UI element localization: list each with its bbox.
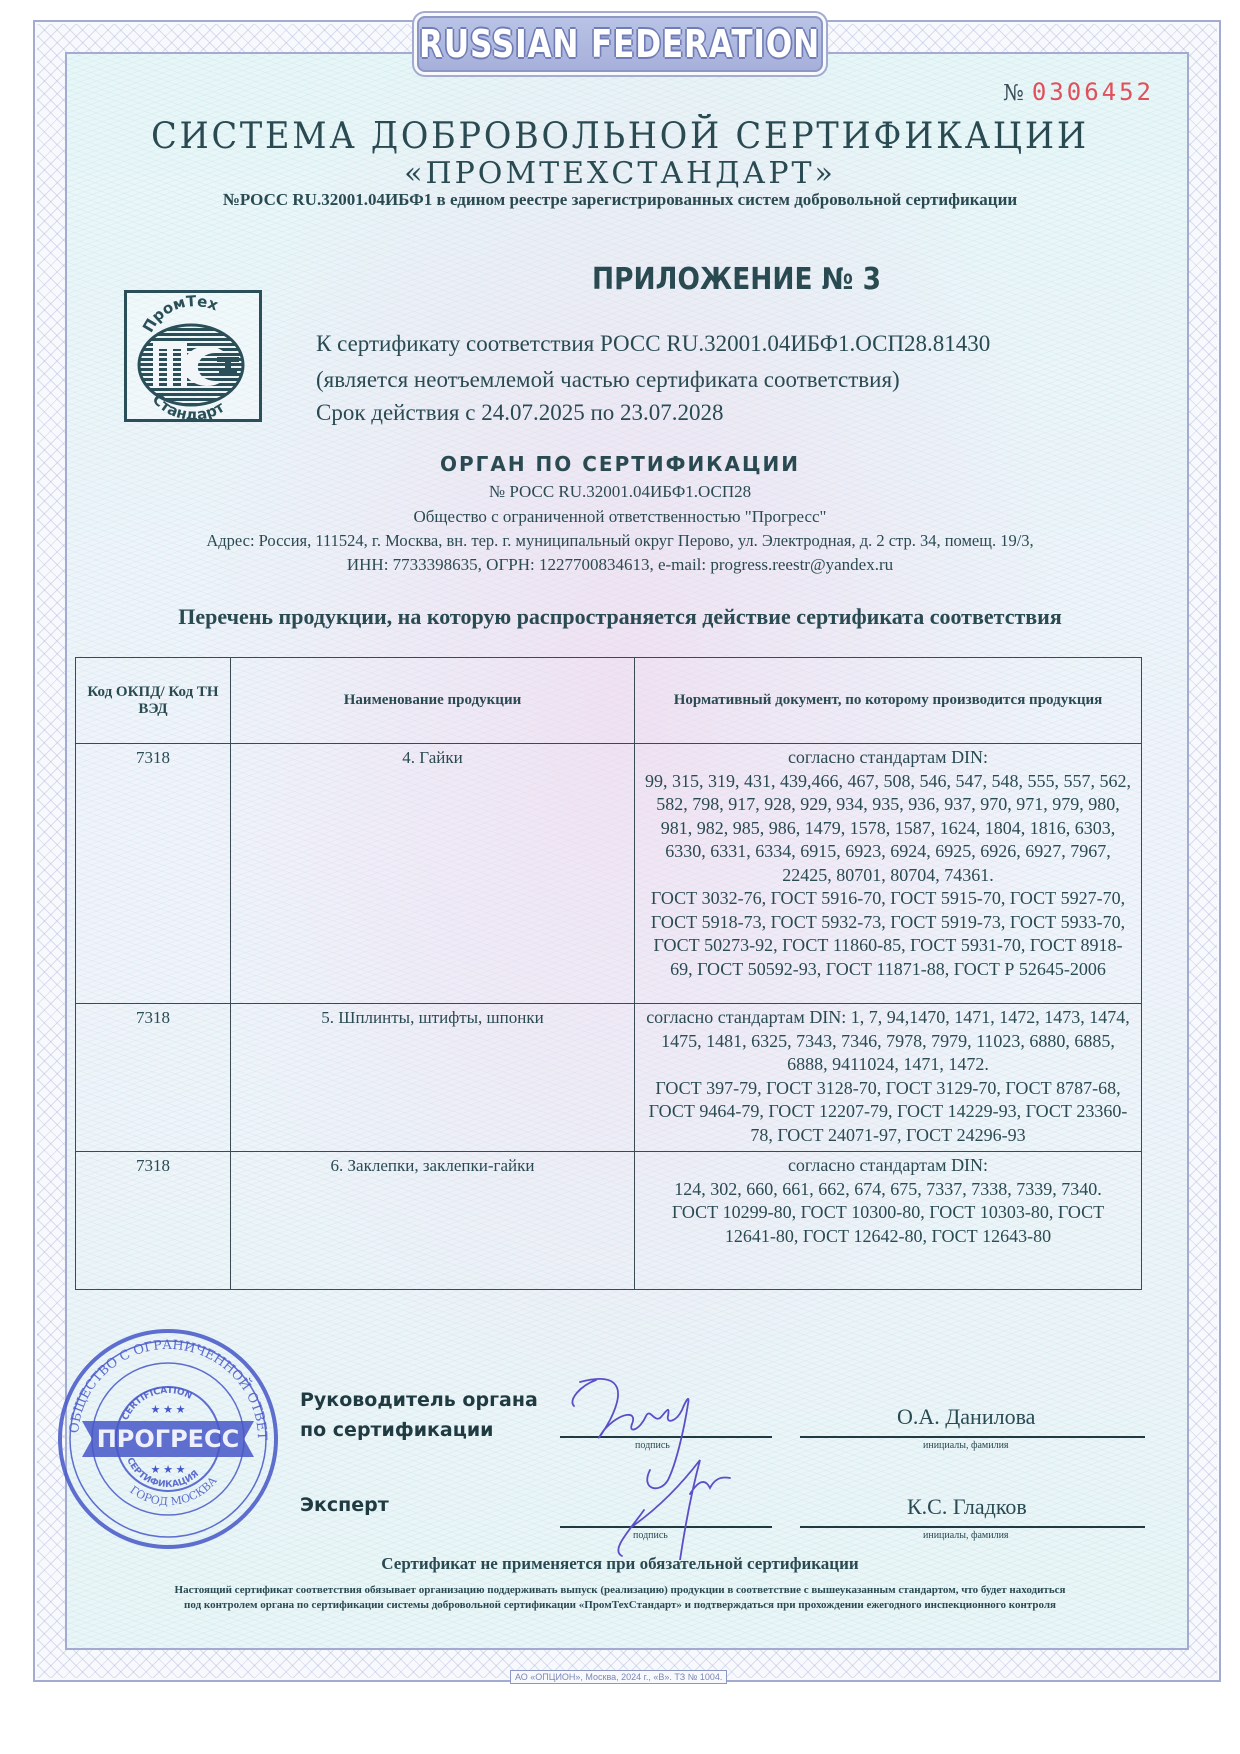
header-product-name: Наименование продукции <box>231 658 635 744</box>
product-name: 4. Гайки <box>231 744 635 1004</box>
expert-name: К.С. Гладков <box>907 1494 1027 1520</box>
normative-document: согласно стандартам DIN:99, 315, 319, 43… <box>635 744 1142 1004</box>
header-code: Код ОКПД/ Код ТН ВЭД <box>76 658 231 744</box>
head-name-line <box>800 1436 1145 1438</box>
appendix-title: ПРИЛОЖЕНИЕ № 3 <box>592 262 881 297</box>
product-code: 7318 <box>76 1004 231 1152</box>
svg-text:★ ★ ★: ★ ★ ★ <box>150 1404 185 1416</box>
normative-document: согласно стандартам DIN:124, 302, 660, 6… <box>635 1152 1142 1290</box>
product-code: 7318 <box>76 744 231 1004</box>
svg-text:★ ★ ★: ★ ★ ★ <box>150 1464 185 1476</box>
product-name: 5. Шплинты, штифты, шпонки <box>231 1004 635 1152</box>
validity-period: Срок действия с 24.07.2025 по 23.07.2028 <box>316 400 724 426</box>
inspection-note-line2: под контролем органа по сертификации сис… <box>100 1598 1140 1613</box>
head-role-label: Руководитель органа по сертификации <box>300 1385 538 1445</box>
table-row: 73185. Шплинты, штифты, шпонкисогласно с… <box>76 1004 1142 1152</box>
table-header-row: Код ОКПД/ Код ТН ВЭД Наименование продук… <box>76 658 1142 744</box>
expert-name-caption: инициалы, фамилия <box>923 1530 1009 1541</box>
expert-name-line <box>800 1526 1145 1528</box>
product-table: Код ОКПД/ Код ТН ВЭД Наименование продук… <box>75 657 1142 1290</box>
product-code: 7318 <box>76 1152 231 1290</box>
table-row: 73184. Гайкисогласно стандартам DIN:99, … <box>76 744 1142 1004</box>
not-mandatory-note: Сертификат не применяется при обязательн… <box>0 1554 1240 1574</box>
serial-value: 0306452 <box>1032 78 1154 106</box>
certificate-note-line: (является неотъемлемой частью сертификат… <box>316 362 990 398</box>
russian-federation-banner: RUSSIAN FEDERATION <box>417 16 823 72</box>
certificate-reference: К сертификату соответствия РОСС RU.32001… <box>316 326 990 398</box>
certificate-number-line: К сертификату соответствия РОСС RU.32001… <box>316 326 990 362</box>
head-name: О.А. Данилова <box>897 1404 1035 1430</box>
table-row: 73186. Заклепки, заклепки-гайкисогласно … <box>76 1152 1142 1290</box>
product-name: 6. Заклепки, заклепки-гайки <box>231 1152 635 1290</box>
certification-body-ids: ИНН: 7733398635, ОГРН: 1227700834613, e-… <box>0 555 1240 575</box>
certification-body-number: № РОСС RU.32001.04ИБФ1.ОСП28 <box>0 482 1240 502</box>
printer-imprint: АО «ОПЦИОН», Москва, 2024 г., «В». ТЗ № … <box>510 1670 727 1684</box>
system-title: СИСТЕМА ДОБРОВОЛЬНОЙ СЕРТИФИКАЦИИ <box>43 116 1196 157</box>
normative-document: согласно стандартам DIN: 1, 7, 94,1470, … <box>635 1004 1142 1152</box>
product-list-title: Перечень продукции, на которую распростр… <box>0 604 1240 630</box>
stamp-seal-icon: ОБЩЕСТВО С ОГРАНИЧЕННОЙ ОТВЕТСТВЕННОСТЬЮ… <box>48 1325 288 1553</box>
handwritten-signatures-icon <box>560 1360 780 1560</box>
system-name: «ПРОМТЕХСТАНДАРТ» <box>0 156 1240 191</box>
banner-text: RUSSIAN FEDERATION <box>419 22 820 66</box>
certification-body-address: Адрес: Россия, 111524, г. Москва, вн. те… <box>0 531 1240 551</box>
inspection-note-line1: Настоящий сертификат соответствия обязыв… <box>100 1583 1140 1598</box>
organization-stamp: ОБЩЕСТВО С ОГРАНИЧЕННОЙ ОТВЕТСТВЕННОСТЬЮ… <box>48 1325 288 1553</box>
expert-role-label: Эксперт <box>300 1490 389 1520</box>
head-name-caption: инициалы, фамилия <box>923 1440 1009 1451</box>
serial-number: №0306452 <box>1003 78 1154 106</box>
certification-body-heading: ОРГАН ПО СЕРТИФИКАЦИИ <box>0 452 1240 476</box>
system-registry: №РОСС RU.32001.04ИБФ1 в едином реестре з… <box>0 190 1240 210</box>
promtechstandard-logo: ПромТех Стандарт <box>124 290 262 422</box>
inspection-note: Настоящий сертификат соответствия обязыв… <box>100 1583 1140 1613</box>
head-role-line1: Руководитель органа <box>300 1385 538 1415</box>
head-role-line2: по сертификации <box>300 1415 538 1445</box>
logo-emblem-icon: ПромТех Стандарт <box>127 293 259 419</box>
svg-text:ПРОГРЕСС: ПРОГРЕСС <box>97 1425 240 1453</box>
header-normative-doc: Нормативный документ, по которому произв… <box>635 658 1142 744</box>
certification-body-name: Общество с ограниченной ответственностью… <box>0 507 1240 527</box>
serial-prefix: № <box>1003 81 1024 106</box>
